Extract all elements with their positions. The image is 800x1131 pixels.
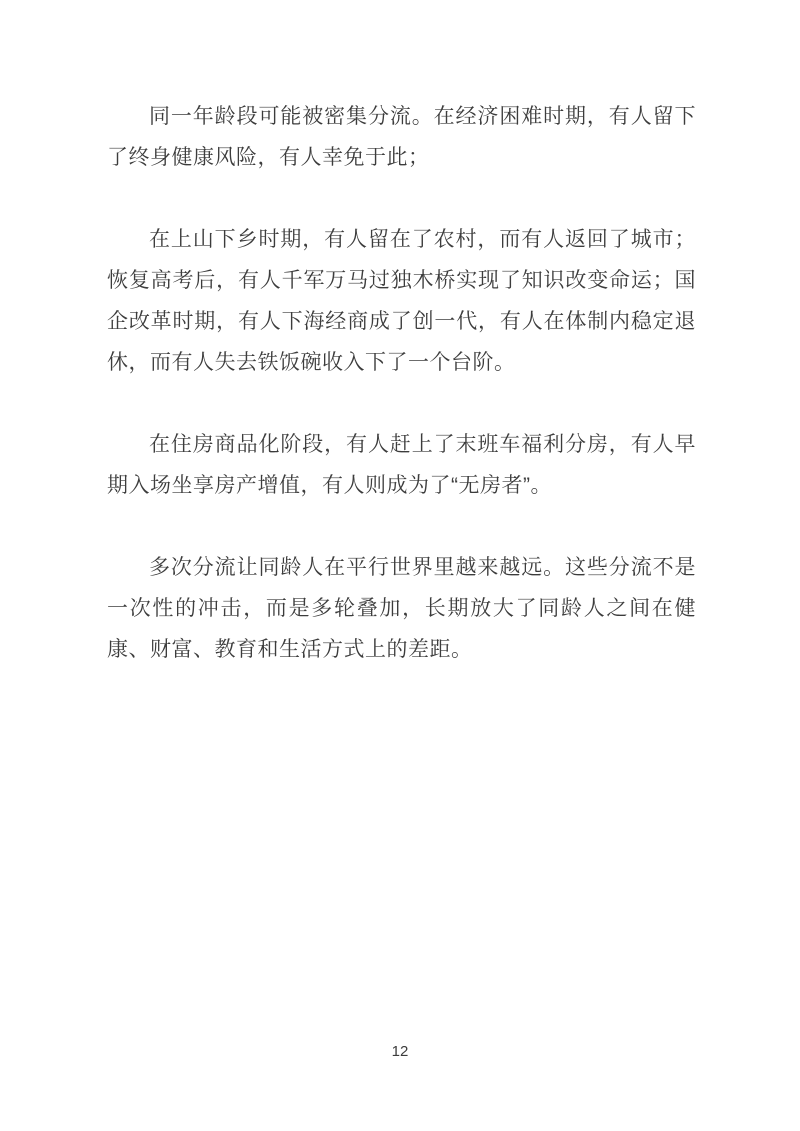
paragraph-2: 在上山下乡时期，有人留在了农村，而有人返回了城市；恢复高考后，有人千军万马过独木… (107, 219, 696, 383)
page-number: 12 (0, 1044, 800, 1060)
paragraph-3: 在住房商品化阶段，有人赶上了末班车福利分房，有人早期入场坐享房产增值，有人则成为… (107, 424, 696, 506)
paragraph-1: 同一年龄段可能被密集分流。在经济困难时期，有人留下了终身健康风险，有人幸免于此； (107, 96, 696, 178)
paragraph-4: 多次分流让同龄人在平行世界里越来越远。这些分流不是一次性的冲击，而是多轮叠加，长… (107, 547, 696, 670)
text-body: 同一年龄段可能被密集分流。在经济困难时期，有人留下了终身健康风险，有人幸免于此；… (107, 96, 696, 670)
document-page: 同一年龄段可能被密集分流。在经济困难时期，有人留下了终身健康风险，有人幸免于此；… (0, 0, 800, 1131)
